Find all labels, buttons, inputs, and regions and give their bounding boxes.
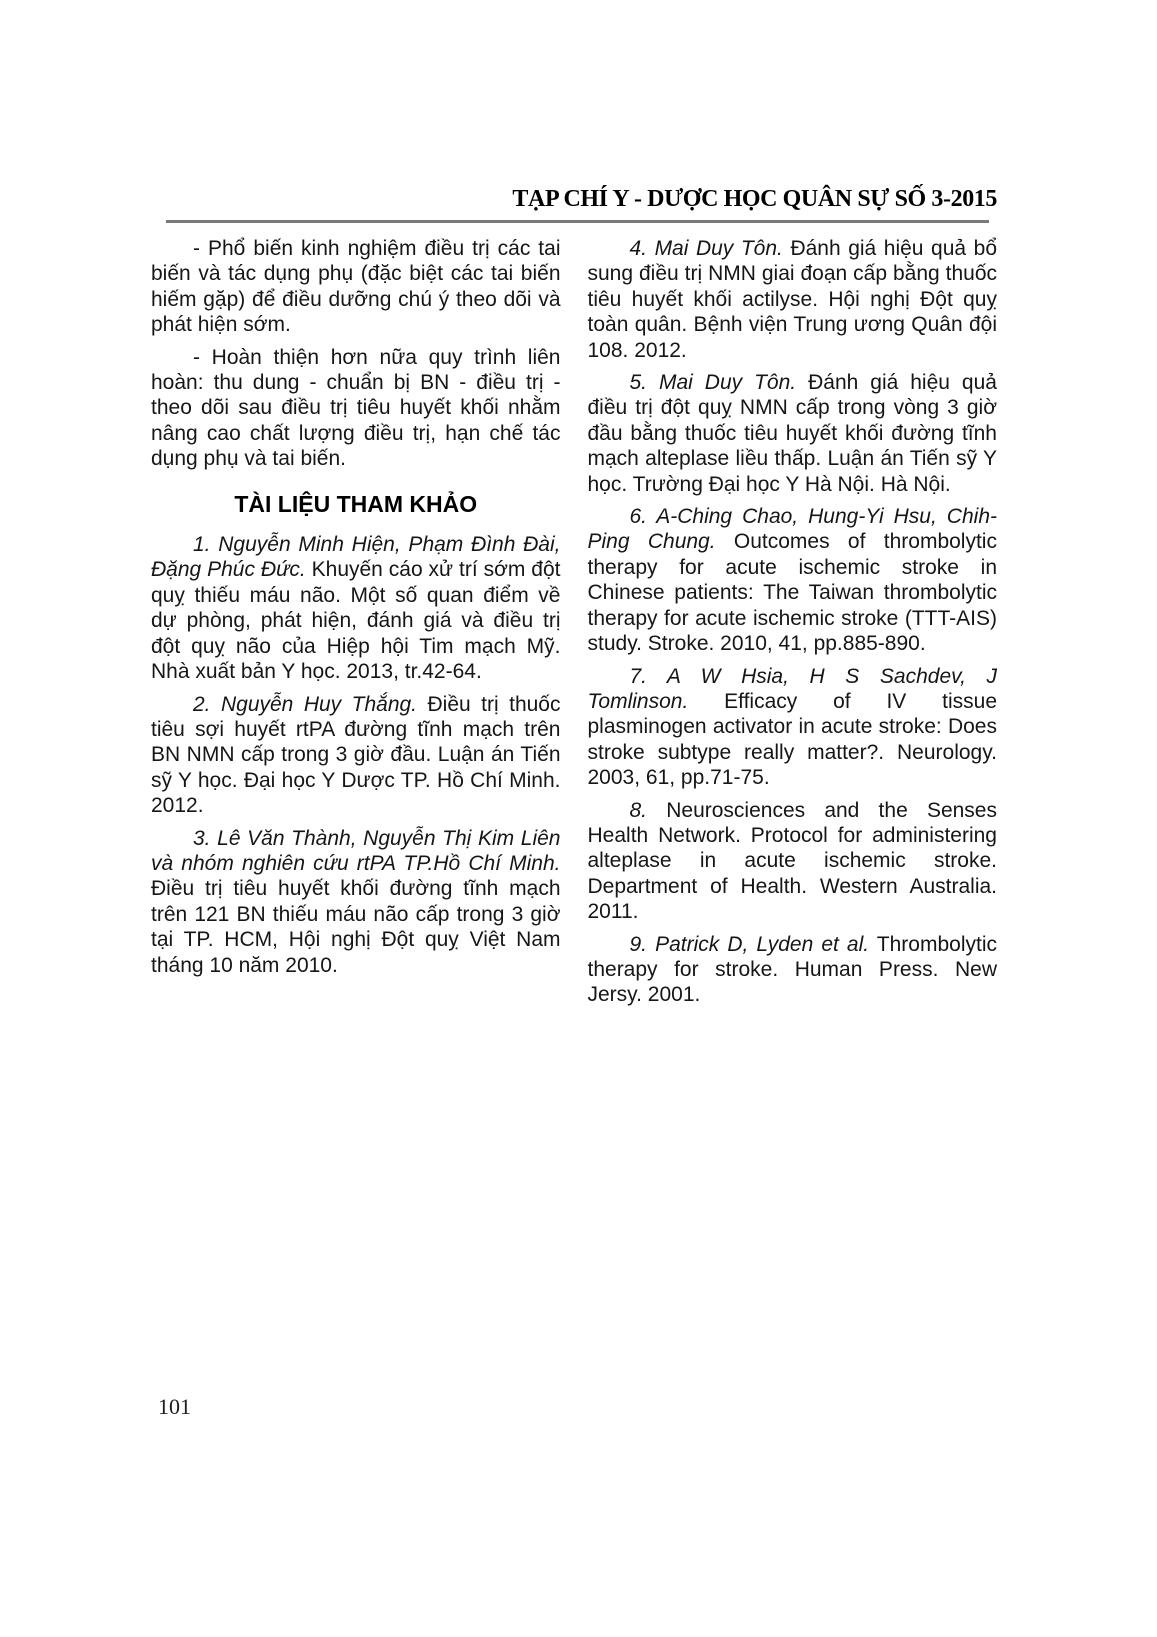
left-column: - Phổ biến kinh nghiệm điều trị các tai … xyxy=(151,236,561,1015)
reference-item-6: 6. A-Ching Chao, Hung-Yi Hsu, Chih-Ping … xyxy=(588,504,998,656)
reference-text: Neurosciences and the Senses Health Netw… xyxy=(588,799,998,924)
reference-item-9: 9. Patrick D, Lyden et al. Thrombolytic … xyxy=(588,932,998,1008)
journal-header-title: TẠP CHÍ Y - DƯỢC HỌC QUÂN SỰ SỐ 3-2015 xyxy=(151,186,997,213)
reference-item-1: 1. Nguyễn Minh Hiện, Phạm Đình Đài, Đặng… xyxy=(151,532,561,684)
page-number: 101 xyxy=(158,1394,191,1420)
header-divider-rule xyxy=(166,220,989,223)
body-paragraph: - Hoàn thiện hơn nữa quy trình liên hoàn… xyxy=(151,345,561,472)
right-column: 4. Mai Duy Tôn. Đánh giá hiệu quả bổ sun… xyxy=(588,236,998,1015)
reference-authors: 9. Patrick D, Lyden et al. xyxy=(630,933,870,956)
reference-authors: 5. Mai Duy Tôn. xyxy=(630,371,797,394)
reference-authors: 2. Nguyễn Huy Thắng. xyxy=(193,693,417,716)
reference-item-4: 4. Mai Duy Tôn. Đánh giá hiệu quả bổ sun… xyxy=(588,236,998,363)
reference-item-3: 3. Lê Văn Thành, Nguyễn Thị Kim Liên và … xyxy=(151,826,561,978)
reference-authors: 4. Mai Duy Tôn. xyxy=(630,237,783,260)
reference-item-2: 2. Nguyễn Huy Thắng. Điều trị thuốc tiêu… xyxy=(151,692,561,819)
reference-authors: 3. Lê Văn Thành, Nguyễn Thị Kim Liên và … xyxy=(151,827,561,875)
reference-number: 8. xyxy=(630,799,648,822)
reference-item-5: 5. Mai Duy Tôn. Đánh giá hiệu quả điều t… xyxy=(588,370,998,497)
document-page: TẠP CHÍ Y - DƯỢC HỌC QUÂN SỰ SỐ 3-2015 -… xyxy=(0,0,1157,1637)
reference-text: Điều trị tiêu huyết khối đường tĩnh mạch… xyxy=(151,877,561,976)
references-heading: TÀI LIỆU THAM KHẢO xyxy=(151,492,561,517)
content-columns: - Phổ biến kinh nghiệm điều trị các tai … xyxy=(151,236,997,1015)
body-paragraph: - Phổ biến kinh nghiệm điều trị các tai … xyxy=(151,236,561,338)
reference-item-8: 8. Neurosciences and the Senses Health N… xyxy=(588,798,998,925)
reference-item-7: 7. A W Hsia, H S Sachdev, J Tomlinson. E… xyxy=(588,664,998,791)
